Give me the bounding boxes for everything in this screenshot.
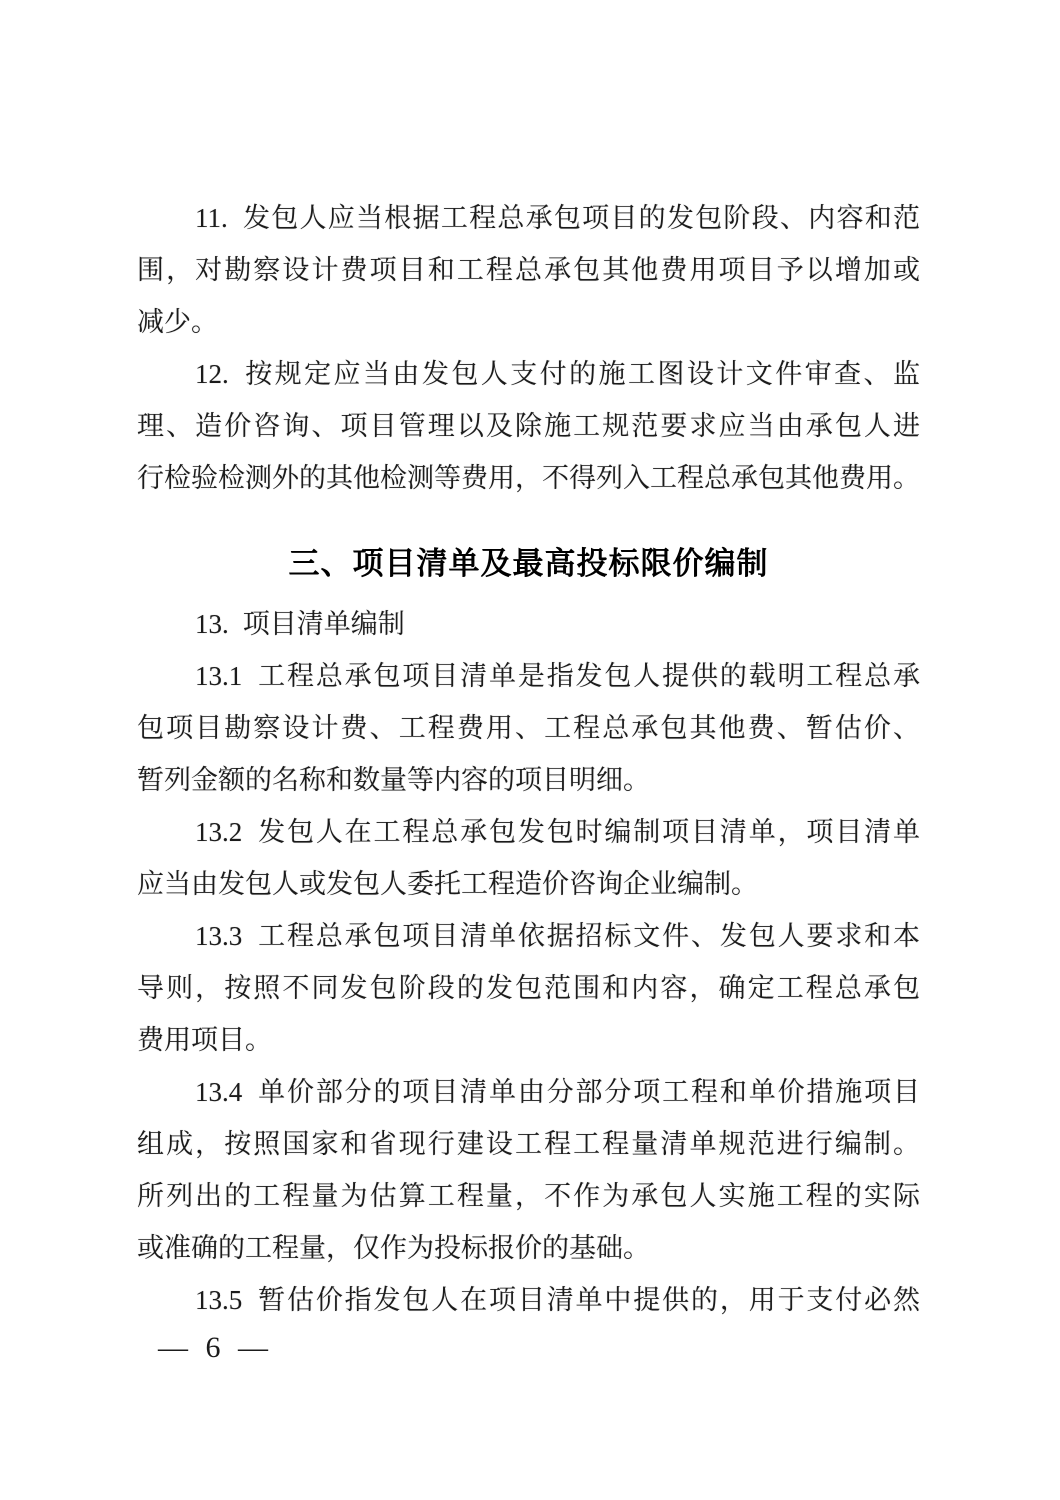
paragraph-line: 11.发包人应当根据工程总承包项目的发包阶段、内容和范 (137, 192, 920, 244)
paragraph-line: 13.5暂估价指发包人在项目清单中提供的，用于支付必然 (137, 1274, 920, 1326)
paragraph-line: 13.2发包人在工程总承包发包时编制项目清单，项目清单 (137, 806, 920, 858)
paragraph-line: 所列出的工程量为估算工程量，不作为承包人实施工程的实际 (137, 1170, 920, 1222)
paragraph-line: 13.3工程总承包项目清单依据招标文件、发包人要求和本 (137, 910, 920, 962)
document-page: 11.发包人应当根据工程总承包项目的发包阶段、内容和范 围，对勘察设计费项目和工… (0, 0, 1060, 1500)
item-number: 13.3 (195, 921, 242, 951)
paragraph-text: 工程总承包项目清单依据招标文件、发包人要求和本 (256, 921, 920, 951)
paragraph-line: 组成，按照国家和省现行建设工程工程量清单规范进行编制。 (137, 1118, 920, 1170)
paragraph-line: 包项目勘察设计费、工程费用、工程总承包其他费、暂估价、 (137, 702, 920, 754)
paragraph-line: 减少。 (137, 296, 920, 348)
paragraph-text: 单价部分的项目清单由分部分项工程和单价措施项目 (256, 1077, 920, 1107)
paragraph-line: 行检验检测外的其他检测等费用，不得列入工程总承包其他费用。 (137, 452, 920, 504)
paragraph-12: 12.按规定应当由发包人支付的施工图设计文件审查、监 理、造价咨询、项目管理以及… (137, 348, 920, 504)
section-heading: 三、项目清单及最高投标限价编制 (137, 538, 920, 590)
paragraph-line: 理、造价咨询、项目管理以及除施工规范要求应当由承包人进 (137, 400, 920, 452)
paragraph-text: 项目清单编制 (243, 609, 405, 639)
page-number: — 6 — (158, 1322, 268, 1374)
paragraph-line: 导则，按照不同发包阶段的发包范围和内容，确定工程总承包 (137, 962, 920, 1014)
document-body: 11.发包人应当根据工程总承包项目的发包阶段、内容和范 围，对勘察设计费项目和工… (137, 192, 920, 1326)
paragraph-13-5: 13.5暂估价指发包人在项目清单中提供的，用于支付必然 (137, 1274, 920, 1326)
paragraph-text: 工程总承包项目清单是指发包人提供的载明工程总承 (256, 661, 920, 691)
paragraph-line: 13.项目清单编制 (137, 598, 920, 650)
paragraph-text: 发包人在工程总承包发包时编制项目清单，项目清单 (256, 817, 920, 847)
paragraph-11: 11.发包人应当根据工程总承包项目的发包阶段、内容和范 围，对勘察设计费项目和工… (137, 192, 920, 348)
paragraph-13-3: 13.3工程总承包项目清单依据招标文件、发包人要求和本 导则，按照不同发包阶段的… (137, 910, 920, 1066)
paragraph-line: 或准确的工程量，仅作为投标报价的基础。 (137, 1222, 920, 1274)
item-number: 13. (195, 609, 229, 639)
paragraph-line: 围，对勘察设计费项目和工程总承包其他费用项目予以增加或 (137, 244, 920, 296)
item-number: 13.2 (195, 817, 242, 847)
paragraph-text: 暂估价指发包人在项目清单中提供的，用于支付必然 (256, 1285, 920, 1315)
paragraph-line: 暂列金额的名称和数量等内容的项目明细。 (137, 754, 920, 806)
paragraph-line: 12.按规定应当由发包人支付的施工图设计文件审查、监 (137, 348, 920, 400)
item-number: 12. (195, 359, 229, 389)
paragraph-13: 13.项目清单编制 (137, 598, 920, 650)
paragraph-line: 应当由发包人或发包人委托工程造价咨询企业编制。 (137, 858, 920, 910)
paragraph-13-2: 13.2发包人在工程总承包发包时编制项目清单，项目清单 应当由发包人或发包人委托… (137, 806, 920, 910)
item-number: 13.4 (195, 1077, 242, 1107)
paragraph-line: 13.1工程总承包项目清单是指发包人提供的载明工程总承 (137, 650, 920, 702)
item-number: 13.1 (195, 661, 242, 691)
paragraph-line: 13.4单价部分的项目清单由分部分项工程和单价措施项目 (137, 1066, 920, 1118)
paragraph-text: 按规定应当由发包人支付的施工图设计文件审查、监 (243, 359, 920, 389)
paragraph-line: 费用项目。 (137, 1014, 920, 1066)
paragraph-13-1: 13.1工程总承包项目清单是指发包人提供的载明工程总承 包项目勘察设计费、工程费… (137, 650, 920, 806)
item-number: 13.5 (195, 1285, 242, 1315)
paragraph-13-4: 13.4单价部分的项目清单由分部分项工程和单价措施项目 组成，按照国家和省现行建… (137, 1066, 920, 1274)
paragraph-text: 发包人应当根据工程总承包项目的发包阶段、内容和范 (242, 203, 920, 233)
item-number: 11. (195, 203, 228, 233)
